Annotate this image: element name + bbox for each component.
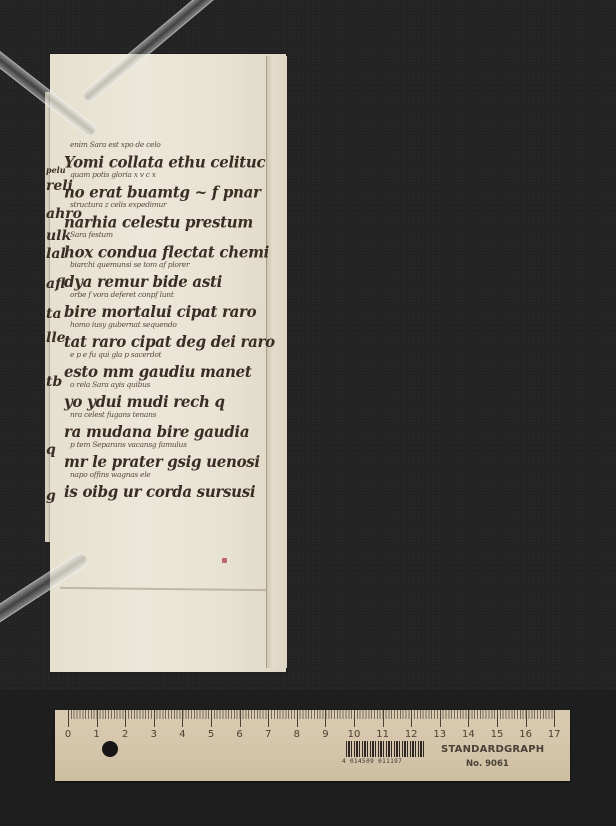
cm-tick <box>240 710 241 727</box>
text-line: mr le prater gsig uenosi <box>64 453 260 472</box>
margin-fragment: lal <box>46 246 66 262</box>
cm-tick <box>383 710 384 727</box>
gloss-line: p tem Separans vacansg famulus <box>70 440 187 449</box>
cm-label: 8 <box>294 729 300 740</box>
cm-tick <box>97 710 98 727</box>
gloss-line: napo offins wagnas ele <box>70 470 150 479</box>
cm-label: 6 <box>236 729 242 740</box>
ruler-brand: STANDARDGRAPH <box>441 744 544 755</box>
cm-tick <box>68 710 69 727</box>
gloss-line: Sara festum <box>70 230 113 239</box>
cm-label: 9 <box>322 729 328 740</box>
cm-label: 5 <box>208 729 214 740</box>
cm-tick <box>411 710 412 727</box>
ruler-hole <box>102 741 118 757</box>
gloss-line: quam potis gloria x v c x <box>70 170 156 179</box>
parchment-fold <box>266 56 287 668</box>
text-line: ra mudana bire gaudia <box>64 423 249 442</box>
cm-label: 4 <box>179 729 185 740</box>
cm-tick <box>526 710 527 727</box>
margin-fragment: g <box>46 488 56 504</box>
cm-label: 2 <box>122 729 128 740</box>
cm-tick <box>268 710 269 727</box>
cm-tick <box>325 710 326 727</box>
barcode <box>346 741 426 757</box>
cm-tick <box>297 710 298 727</box>
scale-ruler: 01234567891011121314151617 4 014509 0111… <box>55 710 570 781</box>
library-stamp <box>222 558 227 563</box>
text-line: bire mortalui cipat raro <box>64 303 256 322</box>
cm-label: 3 <box>151 729 157 740</box>
text-line: dya remur bide asti <box>64 273 222 292</box>
cm-label: 1 <box>93 729 99 740</box>
gloss-line: nra celest fugans tenans <box>70 410 156 419</box>
text-line: Yomi collata ethu celituc <box>64 153 265 172</box>
cm-tick <box>182 710 183 727</box>
text-line: no erat buamtg ~ f pnar <box>64 183 261 202</box>
gloss-line: orbe f vora deferet conpf lunt <box>70 290 174 299</box>
margin-fragment: pelu <box>46 165 66 175</box>
cm-label: 15 <box>491 729 504 740</box>
gloss-line: biarchi quemunsi se tom af plorer <box>70 260 189 269</box>
gloss-line: homo iusy gubernat sequendo <box>70 320 177 329</box>
margin-fragment: ulk <box>46 228 71 244</box>
cm-label: 14 <box>462 729 475 740</box>
cm-tick <box>468 710 469 727</box>
ruler-cm-ticks: 01234567891011121314151617 <box>68 710 555 728</box>
cm-label: 11 <box>376 729 389 740</box>
margin-fragment: tb <box>46 374 62 390</box>
margin-fragment: lle <box>46 330 66 346</box>
cm-tick <box>497 710 498 727</box>
barcode-number: 4 014509 011197 <box>342 758 402 765</box>
margin-fragment: q <box>46 442 56 458</box>
cm-label: 16 <box>519 729 532 740</box>
gloss-line: e p e fu qui gla p sacerdot <box>70 350 161 359</box>
margin-fragment: ta <box>46 306 62 322</box>
gloss-line: structura z celis expedimur <box>70 200 166 209</box>
ruler-model: No. 9061 <box>466 759 509 769</box>
cm-tick <box>354 710 355 727</box>
gloss-line: o rela Sara ayis quibus <box>70 380 150 389</box>
cm-label: 0 <box>65 729 71 740</box>
cm-label: 7 <box>265 729 271 740</box>
margin-fragment: ahro <box>46 206 82 222</box>
cm-tick <box>211 710 212 727</box>
cm-label: 17 <box>548 729 561 740</box>
margin-fragment: reli <box>46 178 73 194</box>
text-line: hox condua flectat chemi <box>64 243 269 262</box>
cm-tick <box>154 710 155 727</box>
cm-tick <box>440 710 441 727</box>
gloss-line: enim Sara est xpo de celo <box>70 140 161 149</box>
text-line: narhia celestu prestum <box>64 213 253 232</box>
text-line: yo ydui mudi rech q <box>64 393 225 412</box>
text-line: is oibg ur corda sursusi <box>64 483 255 502</box>
text-line: tat raro cipat deg dei raro <box>64 333 275 352</box>
cm-tick <box>554 710 555 727</box>
cm-tick <box>125 710 126 727</box>
cm-label: 13 <box>433 729 446 740</box>
text-line: esto mm gaudiu manet <box>64 363 252 382</box>
cm-label: 10 <box>348 729 361 740</box>
cm-label: 12 <box>405 729 418 740</box>
margin-fragment: afl <box>46 276 65 292</box>
